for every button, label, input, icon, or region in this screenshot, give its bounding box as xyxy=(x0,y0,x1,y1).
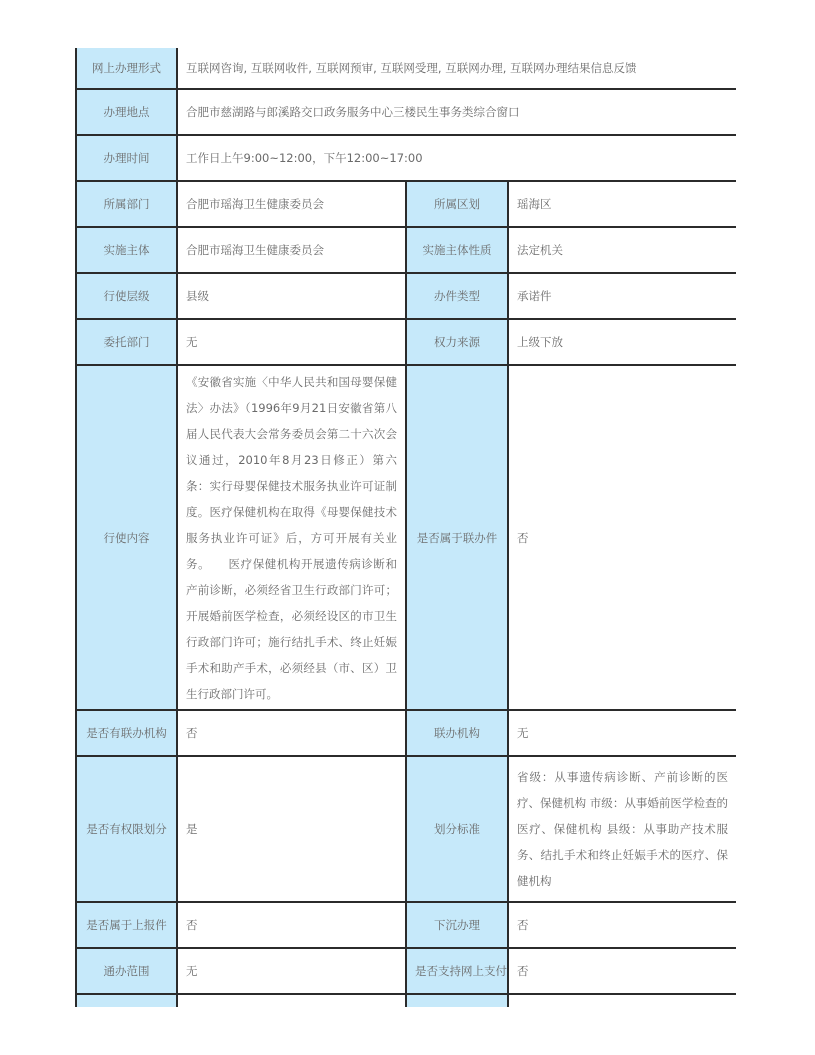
label-online-handling-form: 网上办理形式 xyxy=(76,48,177,89)
value-next-row-2 xyxy=(508,994,736,1007)
value-next-row xyxy=(177,994,406,1007)
value-handling-time: 工作日上午9:00~12:00，下午12:00~17:00 xyxy=(177,135,736,181)
label-exercise-content: 行使内容 xyxy=(76,365,177,710)
table-row: 网上办理形式 互联网咨询, 互联网收件, 互联网预审, 互联网受理, 互联网办理… xyxy=(76,48,736,89)
value-body-nature: 法定机关 xyxy=(508,227,736,273)
label-case-type: 办件类型 xyxy=(406,273,508,319)
document-page: 网上办理形式 互联网咨询, 互联网收件, 互联网预审, 互联网受理, 互联网办理… xyxy=(75,48,736,1007)
label-has-authority-division: 是否有权限划分 xyxy=(76,756,177,902)
value-has-authority-division: 是 xyxy=(177,756,406,902)
table-row: 是否属于上报件 否 下沉办理 否 xyxy=(76,902,736,948)
value-case-type: 承诺件 xyxy=(508,273,736,319)
label-handling-location: 办理地点 xyxy=(76,89,177,135)
label-online-payment: 是否支持网上支付 xyxy=(406,948,508,994)
label-next-row-2 xyxy=(406,994,508,1007)
value-joint-case: 否 xyxy=(508,365,736,710)
value-exercise-level: 县级 xyxy=(177,273,406,319)
table-row: 是否有权限划分 是 划分标准 省级：从事遗传病诊断、产前诊断的医疗、保健机构 市… xyxy=(76,756,736,902)
label-joint-case: 是否属于联办件 xyxy=(406,365,508,710)
label-department: 所属部门 xyxy=(76,181,177,227)
value-handling-location: 合肥市慈湖路与郎溪路交口政务服务中心三楼民生事务类综合窗口 xyxy=(177,89,736,135)
value-entrusted-department: 无 xyxy=(177,319,406,365)
value-has-joint-agency: 否 xyxy=(177,710,406,756)
table-row: 是否有联办机构 否 联办机构 无 xyxy=(76,710,736,756)
label-reported-case: 是否属于上报件 xyxy=(76,902,177,948)
label-sinking-handling: 下沉办理 xyxy=(406,902,508,948)
value-reported-case: 否 xyxy=(177,902,406,948)
value-joint-agency: 无 xyxy=(508,710,736,756)
label-body-nature: 实施主体性质 xyxy=(406,227,508,273)
value-online-handling-form: 互联网咨询, 互联网收件, 互联网预审, 互联网受理, 互联网办理, 互联网办理… xyxy=(177,48,736,89)
table-row: 实施主体 合肥市瑶海卫生健康委员会 实施主体性质 法定机关 xyxy=(76,227,736,273)
value-division-standard: 省级：从事遗传病诊断、产前诊断的医疗、保健机构 市级：从事婚前医学检查的医疗、保… xyxy=(508,756,736,902)
service-info-table: 网上办理形式 互联网咨询, 互联网收件, 互联网预审, 互联网受理, 互联网办理… xyxy=(75,48,736,1007)
value-district: 瑶海区 xyxy=(508,181,736,227)
label-general-scope: 通办范围 xyxy=(76,948,177,994)
label-has-joint-agency: 是否有联办机构 xyxy=(76,710,177,756)
label-exercise-level: 行使层级 xyxy=(76,273,177,319)
label-next-row xyxy=(76,994,177,1007)
label-joint-agency: 联办机构 xyxy=(406,710,508,756)
table-row: 行使层级 县级 办件类型 承诺件 xyxy=(76,273,736,319)
table-row xyxy=(76,994,736,1007)
value-general-scope: 无 xyxy=(177,948,406,994)
table-row: 委托部门 无 权力来源 上级下放 xyxy=(76,319,736,365)
value-online-payment: 否 xyxy=(508,948,736,994)
label-division-standard: 划分标准 xyxy=(406,756,508,902)
table-row: 通办范围 无 是否支持网上支付 否 xyxy=(76,948,736,994)
label-implementing-body: 实施主体 xyxy=(76,227,177,273)
table-row: 办理时间 工作日上午9:00~12:00，下午12:00~17:00 xyxy=(76,135,736,181)
value-exercise-content: 《安徽省实施〈中华人民共和国母婴保健法〉办法》（1996年9月21日安徽省第八届… xyxy=(177,365,406,710)
value-implementing-body: 合肥市瑶海卫生健康委员会 xyxy=(177,227,406,273)
table-row: 行使内容 《安徽省实施〈中华人民共和国母婴保健法〉办法》（1996年9月21日安… xyxy=(76,365,736,710)
label-handling-time: 办理时间 xyxy=(76,135,177,181)
table-row: 所属部门 合肥市瑶海卫生健康委员会 所属区划 瑶海区 xyxy=(76,181,736,227)
label-entrusted-department: 委托部门 xyxy=(76,319,177,365)
value-power-source: 上级下放 xyxy=(508,319,736,365)
value-sinking-handling: 否 xyxy=(508,902,736,948)
value-department: 合肥市瑶海卫生健康委员会 xyxy=(177,181,406,227)
table-row: 办理地点 合肥市慈湖路与郎溪路交口政务服务中心三楼民生事务类综合窗口 xyxy=(76,89,736,135)
label-power-source: 权力来源 xyxy=(406,319,508,365)
label-district: 所属区划 xyxy=(406,181,508,227)
